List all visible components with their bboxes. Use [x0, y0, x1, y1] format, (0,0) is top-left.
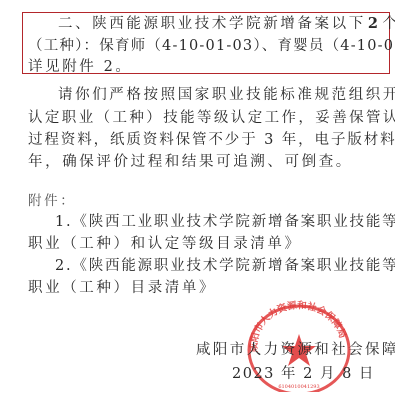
- paragraph-line-1: 请你们严格按照国家职业技能标准规范组织开展新增: [58, 84, 395, 106]
- issue-date: 2023 年 2 月 8 日: [232, 362, 375, 383]
- attachment-2-line-1: 2.《陕西能源职业技术学院新增备案职业技能等级认定: [55, 255, 395, 277]
- paragraph-line-2: 认定职业（工种）技能等级认定工作，妥善保管认定工作全: [28, 107, 395, 129]
- paragraph-line-3: 过程资料，纸质资料保管不少于 3 年，电子版材料不少于 5: [28, 129, 395, 151]
- attachment-2-line-2: 职业（工种）目录清单》: [28, 277, 216, 299]
- issuer-name: 咸阳市人力资源和社会保障局: [196, 338, 395, 359]
- section2-text-end: 个认定职业: [383, 16, 395, 32]
- section2-line3: 详见附件 2。: [28, 56, 133, 78]
- paragraph-line-4: 年，确保评价过程和结果可追溯、可倒查。: [28, 151, 353, 173]
- section2-text: 二、陕西能源职业技术学院新增备案以下: [58, 16, 366, 32]
- attachment-1-line-2: 职业（工种）和认定等级目录清单》: [28, 233, 302, 255]
- section2-line2: （工种）：保育师（4-10-01-03）、育婴员（4-10-01-02），: [28, 35, 395, 57]
- attachment-1-line-1: 1.《陕西工业职业技术学院新增备案职业技能等级认定: [55, 211, 395, 233]
- section2-line1: 二、陕西能源职业技术学院新增备案以下2个认定职业: [58, 13, 395, 35]
- attachments-heading: 附件：: [28, 190, 76, 212]
- svg-text:6104010041293: 6104010041293: [278, 384, 319, 390]
- section2-count: 2: [368, 15, 381, 32]
